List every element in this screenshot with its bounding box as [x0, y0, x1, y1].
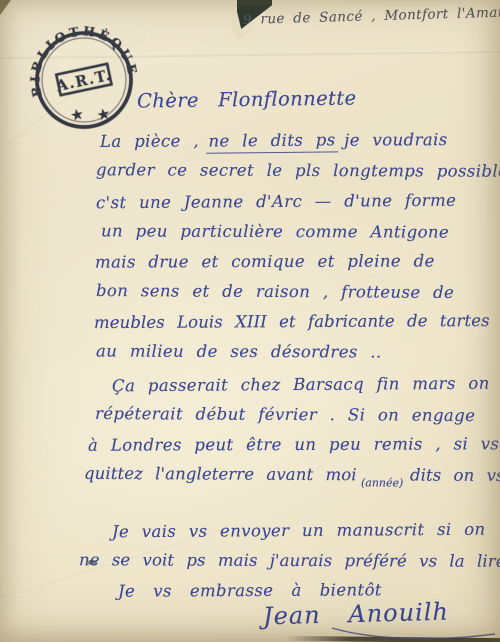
handwritten-line: La pièce ,ne le dits psje voudrais: [100, 130, 448, 154]
handwritten-line: quittez l'angleterre avant moi(année)dit…: [84, 464, 500, 485]
handwritten-line: bon sens et de raison , frotteuse de: [96, 281, 454, 302]
underlined-phrase: ne le dits ps: [205, 130, 337, 153]
handwritten-line: Je vais vs envoyer un manuscrit si on: [112, 520, 486, 542]
line-text: dits on vs et: [410, 466, 500, 486]
handwritten-line: Ça passerait chez Barsacq fin mars on: [112, 374, 490, 396]
handwritten-line: ne se voit ps mais j'aurais préféré vs l…: [79, 550, 500, 570]
handwritten-line: à Londres peut être un peu remis , si vs: [88, 434, 499, 454]
handwritten-line: mais drue et comique et pleine de: [95, 251, 435, 271]
address-line: 9 rue de Sancé , Montfort l'Amaury: [243, 4, 500, 28]
paper-corner-nick: [0, 0, 11, 15]
letter-page: 9 rue de Sancé , Montfort l'Amaury BIBLI…: [0, 0, 500, 642]
signature-flourish: [330, 625, 498, 642]
handwritten-line: garder ce secret le pls longtemps possib…: [96, 160, 500, 180]
line-text: La pièce ,: [100, 131, 199, 151]
salutation: Chère Flonflonnette: [137, 86, 357, 112]
closing-line: Je vs embrasse à bientôt: [118, 580, 382, 600]
line-text: quittez l'angleterre avant moi: [84, 464, 357, 484]
star-icon: ★: [70, 107, 85, 124]
line-text: je voudrais: [344, 130, 447, 150]
handwritten-line: répéterait début février . Si on engage: [95, 404, 475, 425]
star-icon: ★: [96, 107, 111, 124]
inserted-note: (année): [361, 476, 403, 489]
handwritten-line: un peu particulière comme Antigone: [101, 221, 449, 241]
handwritten-line: au milieu de ses désordres ..: [96, 342, 382, 362]
library-stamp: BIBLIOTHÈQUE A.R.T. ★ ★: [13, 9, 155, 151]
handwritten-line: c'st une Jeanne d'Arc — d'une forme: [96, 191, 456, 213]
handwritten-line: meubles Louis XIII et fabricante de tart…: [94, 311, 500, 332]
